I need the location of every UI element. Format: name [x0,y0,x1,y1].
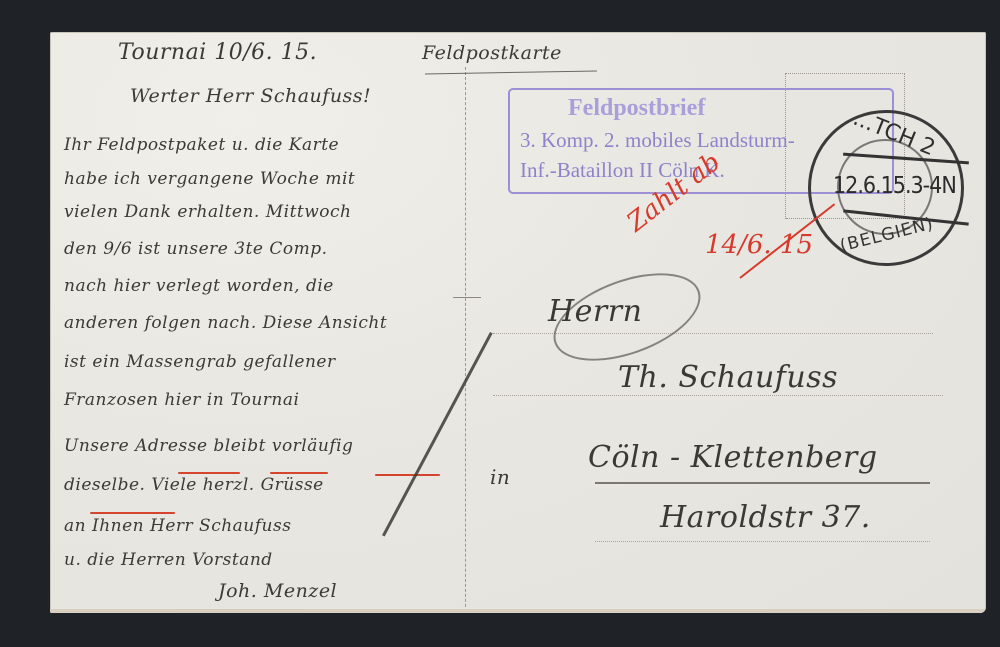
message-line: Unsere Adresse bleibt vorläufig [64,436,353,456]
address-honorific: Herrn [548,294,642,329]
header-underline [425,70,597,74]
message-line: u. die Herren Vorstand [64,550,273,570]
handwriting-stroke [382,332,493,536]
address-name: Th. Schaufuss [618,360,838,395]
address-in-label: in [490,465,510,489]
cachet-line: Feldpostbrief [568,95,892,122]
message-line: Ihr Feldpostpaket u. die Karte [64,135,339,155]
message-line: dieselbe. Viele herzl. Grüsse [64,475,324,495]
address-street: Haroldstr 37. [660,500,871,535]
message-line: ist ein Massengrab gefallener [64,352,336,372]
message-salutation: Werter Herr Schaufuss! [130,85,371,107]
address-line-3 [595,482,930,484]
address-city: Cöln - Klettenberg [588,440,878,475]
message-line: den 9/6 ist unsere 3te Comp. [64,239,328,259]
red-underline-adresse [178,472,240,474]
signature: Joh. Menzel [218,580,337,602]
message-line: habe ich vergangene Woche mit [64,169,355,189]
message-line: anderen folgen nach. Diese Ansicht [64,313,387,333]
red-underline-bleibt [270,472,328,474]
red-underline-dieselbe [90,512,175,514]
address-line-4 [595,541,930,542]
address-line-2 [493,395,943,396]
red-underline-vorlaeufig [375,474,440,476]
place-date: Tournai 10/6. 15. [118,40,317,65]
divider-tick [453,297,481,298]
card-divider-line [465,67,466,613]
card-type-label: Feldpostkarte [422,42,562,64]
postmark-date: 12.6.15.3-4N [833,173,956,199]
message-line: vielen Dank erhalten. Mittwoch [64,202,352,222]
postmark-cancel: ...TCH 2 12.6.15.3-4N (BELGIEN) [808,110,964,266]
message-line: Franzosen hier in Tournai [64,390,299,410]
message-line: nach hier verlegt worden, die [64,276,334,296]
postcard: Tournai 10/6. 15. Feldpostkarte Werter H… [50,32,986,613]
message-line: an Ihnen Herr Schaufuss [64,516,291,536]
